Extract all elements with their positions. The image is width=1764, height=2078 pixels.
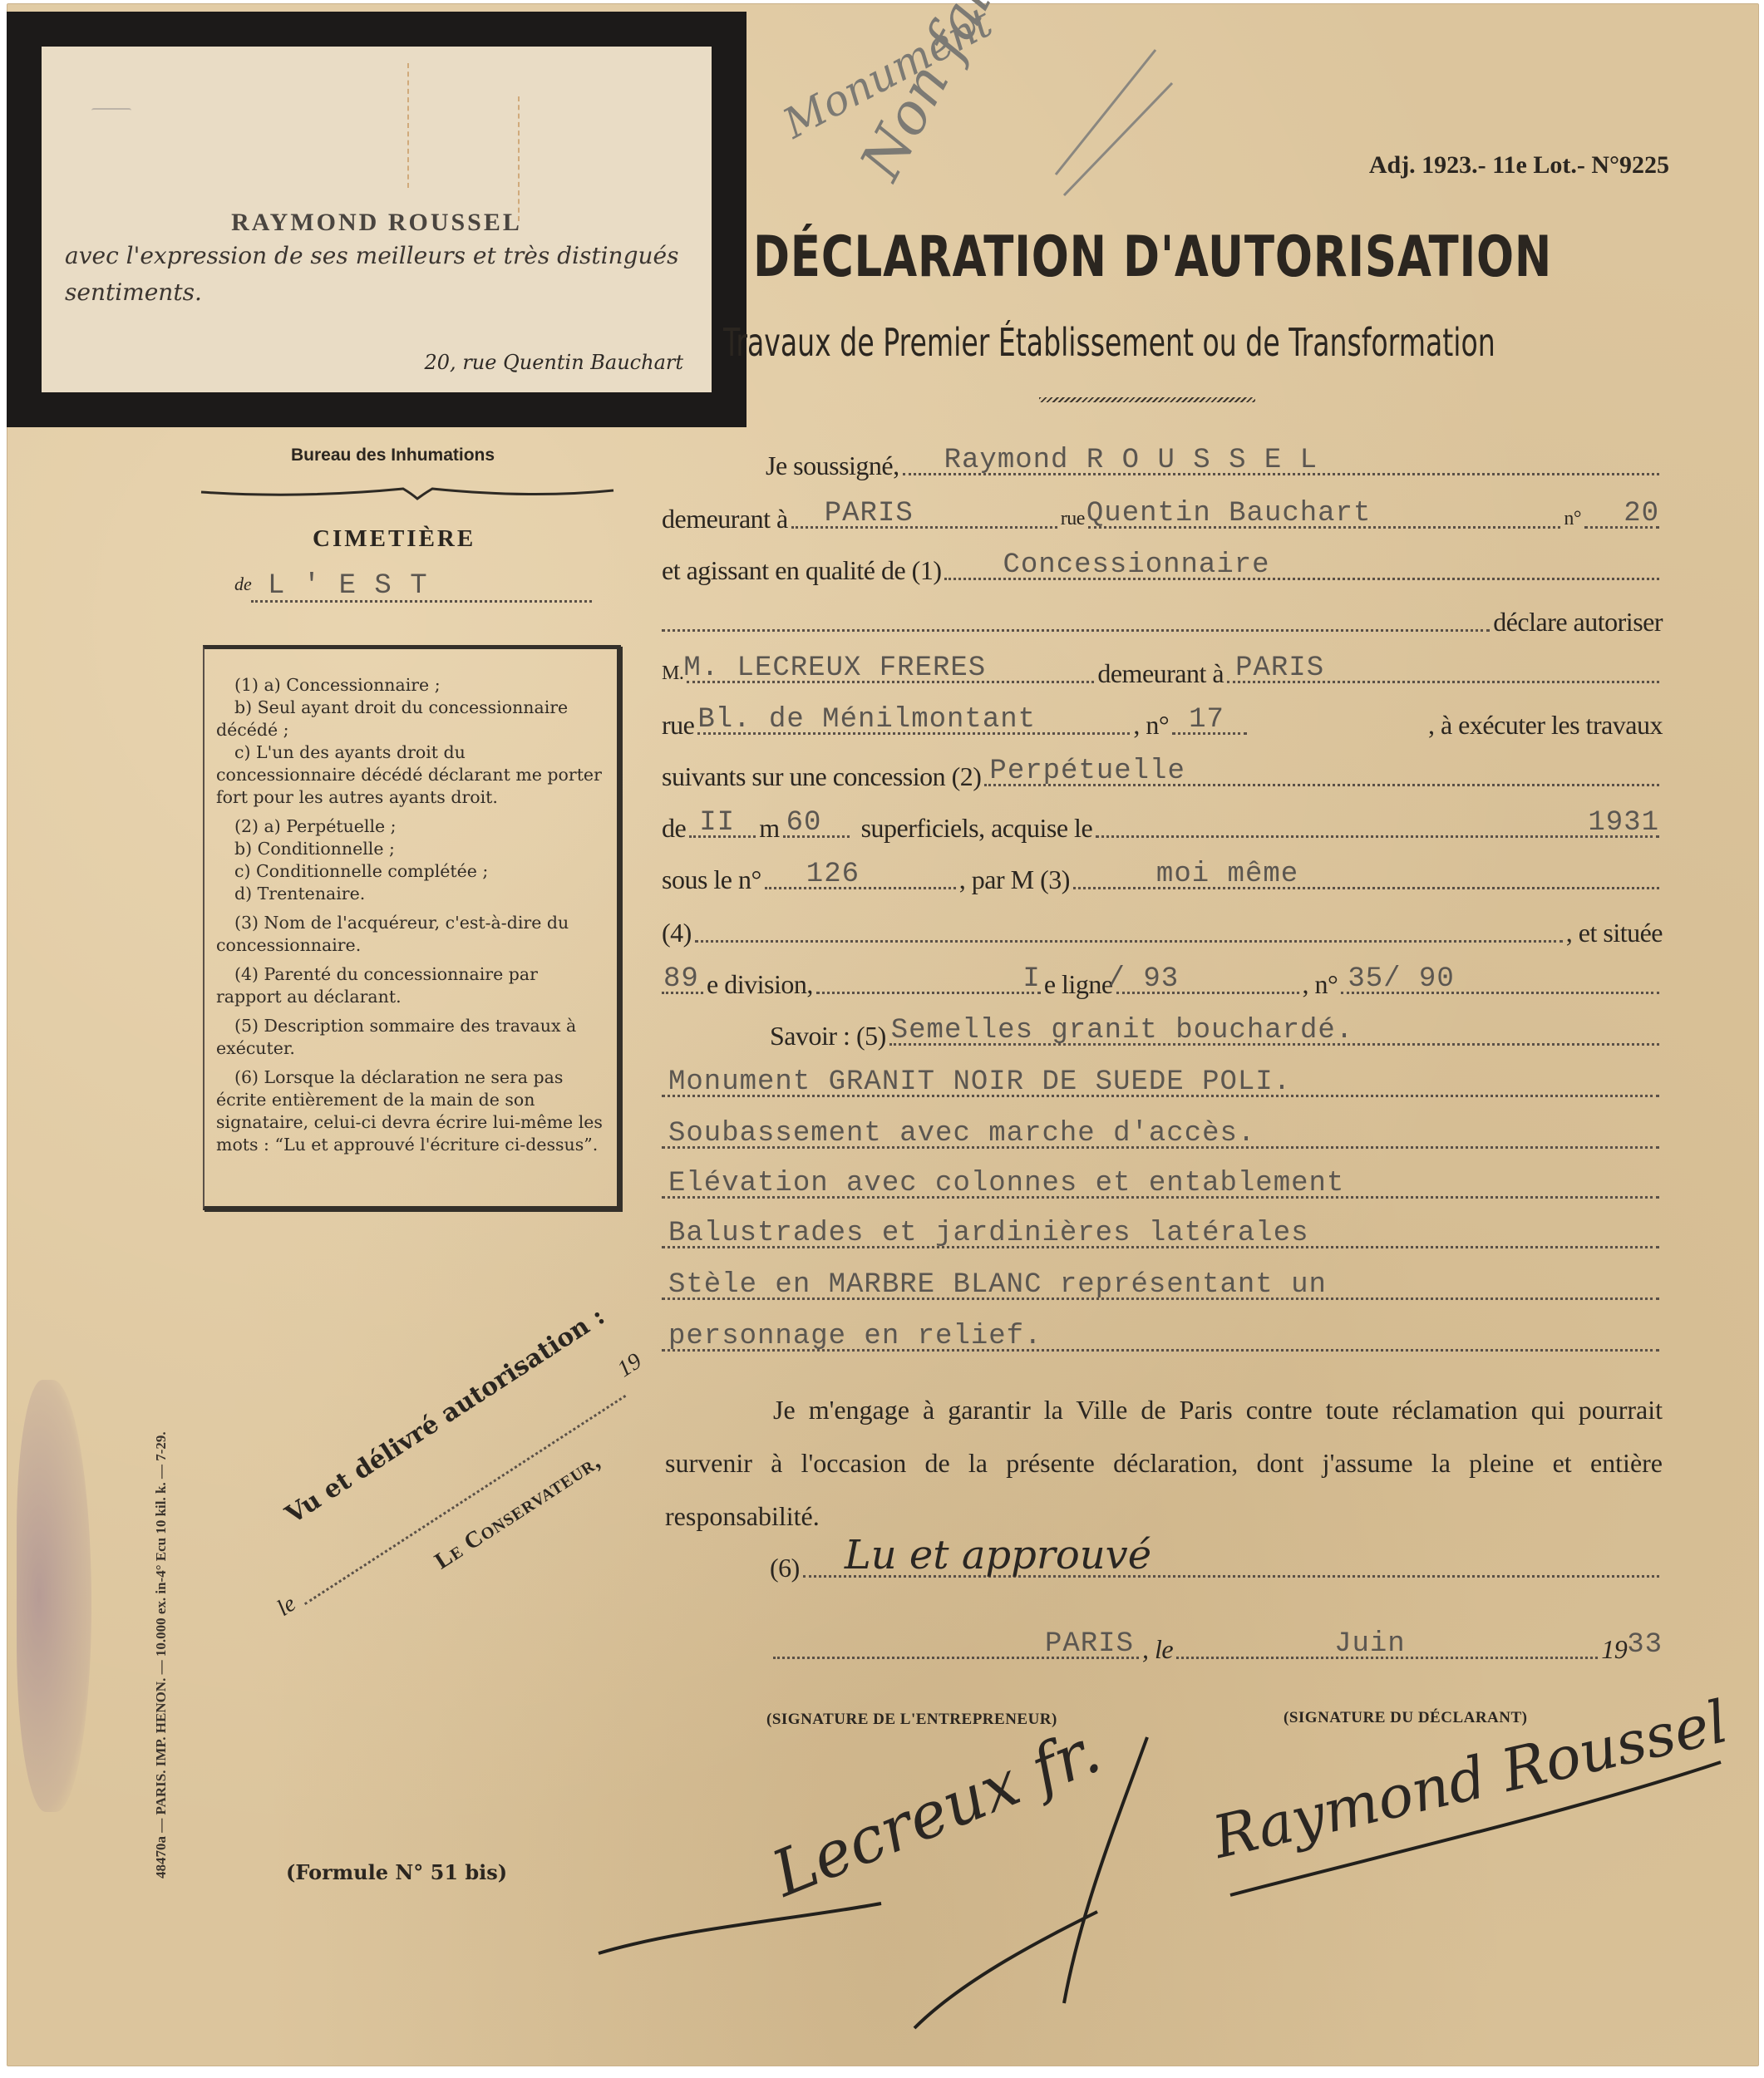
footnote-2a: (2) a) Perpétuelle ; [216, 815, 605, 838]
footnote-1b: b) Seul ayant droit du concessionnaire d… [216, 697, 605, 741]
label-n: , n° [1303, 969, 1338, 999]
footnote-2d: d) Trentenaire. [216, 883, 605, 905]
row-savoir-1: Monument GRANIT NOIR DE SUEDE POLI. [662, 1062, 1663, 1102]
value-acquise: 1931 [1588, 807, 1659, 839]
label-ent-rue: rue [662, 710, 694, 740]
row-savoir-2: Soubassement avec marche d'accès. [662, 1114, 1663, 1154]
label-demeurant: demeurant à [662, 504, 788, 534]
field-savoir-3[interactable]: Elévation avec colonnes et entablement [662, 1166, 1659, 1199]
value-no: 20 [1624, 498, 1659, 529]
field-ligne-num[interactable]: / 93 [1116, 962, 1299, 994]
cemetery-value: L ' E S T [268, 570, 428, 602]
label-ent-demeurant: demeurant à [1097, 658, 1224, 688]
value-savoir-3: Elévation avec colonnes et entablement [668, 1168, 1344, 1199]
card-address: 20, rue Quentin Bauchart [425, 351, 683, 374]
field-ligne[interactable]: I [816, 962, 1041, 994]
field-savoir-2[interactable]: Soubassement avec marche d'accès. [662, 1116, 1659, 1149]
value-ent-city: PARIS [1235, 652, 1324, 684]
field-concession[interactable]: Perpétuelle [984, 754, 1659, 786]
label-savoir: Savoir : (5) [662, 1021, 886, 1051]
field-rue[interactable]: Quentin Bauchart [1088, 496, 1560, 529]
field-acquise[interactable]: 1931 [1096, 805, 1659, 838]
field-par[interactable]: moi même [1073, 857, 1659, 889]
row-place-date: PARIS , le Juin 19 33 [773, 1624, 1663, 1664]
value-date: Juin [1334, 1628, 1406, 1660]
field-division[interactable]: 89 [662, 962, 703, 994]
footnotes-box: (1) a) Concessionnaire ; b) Seul ayant d… [203, 645, 621, 1210]
engagement-paragraph: Je m'engage à garantir la Ville de Paris… [665, 1383, 1663, 1543]
cemetery-prefix: de [234, 574, 252, 595]
row-qualite: et agissant en qualité de (1) Concession… [662, 545, 1663, 585]
row-concession: suivants sur une concession (2) Perpétue… [662, 751, 1663, 791]
title-ornament [1039, 397, 1255, 402]
card-handwritten-note: avec l'expression de ses meilleurs et tr… [65, 238, 697, 311]
printer-imprint: 48470a — PARIS. IMP. HENON. — 10.000 ex.… [153, 1431, 170, 1879]
value-concession: Perpétuelle [989, 756, 1185, 787]
pencil-double-underline [1047, 33, 1180, 199]
footnote-1a: (1) a) Concessionnaire ; [216, 674, 605, 697]
row-parente: (4) , et située [662, 908, 1663, 948]
label-four: (4) [662, 918, 692, 948]
footnote-4: (4) Parenté du concessionnaire par rappo… [216, 963, 605, 1008]
value-savoir-1: Monument GRANIT NOIR DE SUEDE POLI. [668, 1066, 1291, 1098]
value-savoir-5: Stèle en MARBRE BLANC représentant un [668, 1269, 1327, 1301]
label-par: , par M (3) [959, 864, 1070, 894]
field-qualite[interactable]: Concessionnaire [944, 548, 1659, 580]
field-city[interactable]: PARIS [791, 496, 1057, 529]
field-date[interactable]: Juin [1176, 1627, 1598, 1659]
field-place[interactable]: PARIS [773, 1627, 1139, 1659]
field-savoir-0[interactable]: Semelles granit bouchardé. [889, 1013, 1659, 1046]
field-savoir-5[interactable]: Stèle en MARBRE BLANC représentant un [662, 1268, 1659, 1300]
value-soussigne: Raymond R O U S S E L [944, 445, 1318, 476]
calling-card-face: RAYMOND ROUSSEL avec l'expression de ses… [42, 47, 712, 392]
label-year-printed: 19 [1601, 1634, 1627, 1664]
value-rue: Quentin Bauchart [1086, 498, 1371, 529]
value-place: PARIS [1045, 1628, 1134, 1660]
field-entrepreneur[interactable]: M. LECREUX FRERES [687, 651, 1094, 683]
stamp-year-prefix: 19 [613, 1348, 647, 1383]
value-par: moi même [1156, 859, 1298, 890]
reference-number: Adj. 1923.- 11e Lot.- N°9225 [1369, 151, 1669, 180]
value-lu-approuve: Lu et approuvé [845, 1532, 1151, 1578]
footnote-6: (6) Lorsque la déclaration ne sera pas é… [216, 1066, 605, 1156]
signature-declarant-underline [1222, 1746, 1754, 1912]
footnote-3: (3) Nom de l'acquéreur, c'est-à-dire du … [216, 912, 605, 957]
label-qualite: et agissant en qualité de (1) [662, 555, 941, 585]
calling-card: RAYMOND ROUSSEL avec l'expression de ses… [7, 12, 746, 427]
value-savoir-4: Balustrades et jardinières latérales [668, 1218, 1309, 1249]
value-m: 60 [786, 807, 822, 839]
card-crease [407, 63, 409, 188]
field-declare-extra[interactable] [662, 599, 1490, 632]
label-executer: , à exécuter les travaux [1250, 710, 1663, 740]
label-situee: , et située [1566, 918, 1663, 948]
page-title: DÉCLARATION D'AUTORISATION [753, 224, 1552, 290]
row-ent-rue: rue Bl. de Ménilmontant , n° 17 , à exéc… [662, 700, 1663, 740]
bureau-label: Bureau des Inhumations [291, 446, 495, 465]
row-savoir: Savoir : (5) Semelles granit bouchardé. [662, 1011, 1663, 1051]
staple-mark [91, 108, 131, 118]
label-le: , le [1142, 1634, 1173, 1664]
row-sous-le-no: sous le n° 126 , par M (3) moi même [662, 854, 1663, 894]
field-ent-city[interactable]: PARIS [1227, 651, 1659, 683]
page-subtitle: Travaux de Premier Établissement ou de T… [723, 320, 1495, 365]
label-declare-autoriser: déclare autoriser [1493, 607, 1663, 637]
field-parente[interactable] [695, 910, 1563, 943]
footnote-2b: b) Conditionnelle ; [216, 838, 605, 860]
field-ent-rue[interactable]: Bl. de Ménilmontant [697, 702, 1130, 735]
value-de: II [699, 807, 735, 839]
row-declare: déclare autoriser [662, 597, 1663, 637]
row-superficie: de II m 60 superficiels, acquise le 1931 [662, 803, 1663, 843]
cemetery-label: CIMETIÈRE [313, 525, 475, 553]
row-savoir-4: Balustrades et jardinières latérales [662, 1214, 1663, 1253]
label-m: M. [662, 658, 683, 688]
row-soussigne: Je soussigné, Raymond R O U S S E L [662, 441, 1663, 480]
label-six: (6) [662, 1553, 800, 1583]
value-sous: 126 [806, 859, 860, 890]
label-de: de [662, 813, 686, 843]
field-lu-approuve[interactable]: Lu et approuvé [803, 1545, 1659, 1578]
footnote-1c: c) L'un des ayants droit du concessionna… [216, 741, 605, 809]
field-no[interactable]: 20 [1584, 496, 1659, 529]
field-savoir-4[interactable]: Balustrades et jardinières latérales [662, 1216, 1659, 1248]
footnote-2c: c) Conditionnelle complétée ; [216, 860, 605, 883]
label-soussigne: Je soussigné, [662, 451, 899, 480]
value-savoir-6: personnage en relief. [668, 1321, 1042, 1352]
value-ent-rue: Bl. de Ménilmontant [697, 704, 1036, 736]
value-savoir-2: Soubassement avec marche d'accès. [668, 1118, 1255, 1150]
value-ligne-num: / 93 [1108, 963, 1180, 995]
cemetery-field[interactable]: L ' E S T [251, 564, 592, 603]
row-demeurant: demeurant à PARIS rue Quentin Bauchart n… [662, 494, 1663, 534]
label-division: e division, [707, 969, 813, 999]
card-crease [518, 96, 520, 221]
value-division: 89 [663, 963, 699, 995]
row-lu-approuve: (6) Lu et approuvé [662, 1543, 1663, 1583]
field-m[interactable]: 60 [783, 805, 850, 838]
value-city: PARIS [825, 498, 914, 529]
card-name: RAYMOND ROUSSEL [42, 209, 712, 237]
label-m-unit: m [759, 813, 779, 843]
label-suivants: suivants sur une concession (2) [662, 761, 981, 791]
field-sous[interactable]: 126 [765, 857, 956, 889]
label-signature-declarant: (SIGNATURE DU DÉCLARANT) [1284, 1709, 1528, 1727]
ornamental-divider [200, 482, 615, 507]
field-de[interactable]: II [689, 805, 756, 838]
value-ent-no: 17 [1189, 704, 1224, 736]
value-savoir-0: Semelles granit bouchardé. [891, 1015, 1354, 1046]
row-savoir-3: Elévation avec colonnes et entablement [662, 1164, 1663, 1204]
form-number: (Formule N° 51 bis) [286, 1860, 507, 1884]
label-ent-no: , n° [1133, 710, 1169, 740]
label-signature-entrepreneur: (SIGNATURE DE L'ENTREPRENEUR) [766, 1711, 1057, 1729]
field-savoir-1[interactable]: Monument GRANIT NOIR DE SUEDE POLI. [662, 1065, 1659, 1097]
row-division: 89 e division, I e ligne / 93 , n° 35/ 9… [662, 959, 1663, 999]
row-entrepreneur: M. M. LECREUX FRERES demeurant à PARIS [662, 648, 1663, 688]
value-qualite: Concessionnaire [1003, 549, 1269, 581]
value-ligne: I [1022, 963, 1040, 995]
label-superficiels: superficiels, acquise le [853, 813, 1093, 843]
row-savoir-6: personnage en relief. [662, 1317, 1663, 1357]
row-savoir-5: Stèle en MARBRE BLANC représentant un [662, 1265, 1663, 1305]
label-sous: sous le n° [662, 864, 761, 894]
footnote-5: (5) Description sommaire des travaux à e… [216, 1015, 605, 1060]
field-ent-no[interactable]: 17 [1172, 702, 1247, 735]
signature-entrepreneur-flourish [582, 1729, 1164, 2012]
label-rue: rue [1061, 504, 1085, 534]
value-entrepreneur: M. LECREUX FRERES [683, 652, 986, 684]
label-no: n° [1564, 504, 1581, 534]
field-savoir-6[interactable]: personnage en relief. [662, 1319, 1659, 1352]
field-soussigne[interactable]: Raymond R O U S S E L [903, 443, 1659, 475]
value-year-typed: 33 [1627, 1629, 1663, 1661]
field-n[interactable]: 35/ 90 [1341, 962, 1659, 994]
label-ligne: e ligne [1044, 969, 1113, 999]
value-n: 35/ 90 [1348, 963, 1454, 995]
